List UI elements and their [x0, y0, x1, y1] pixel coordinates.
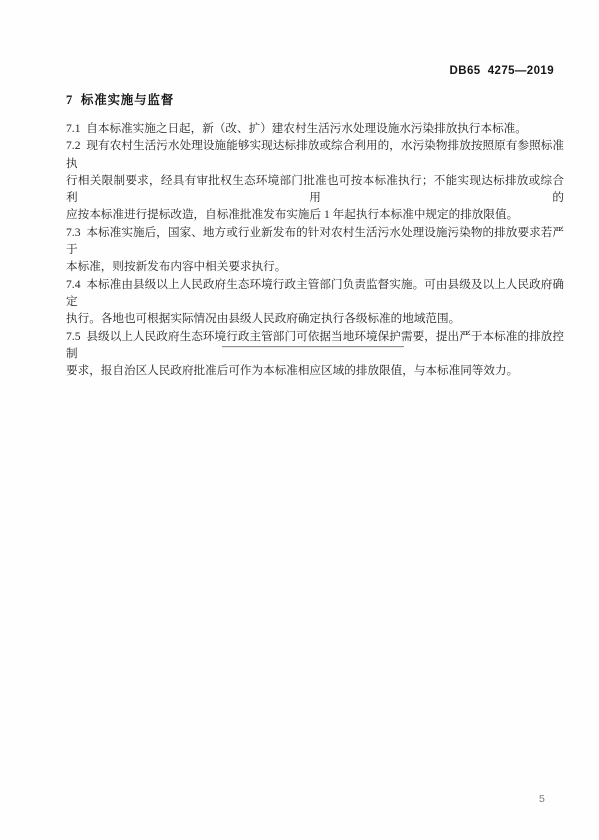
clauses-body: 7.1 自本标准实施之日起，新（改、扩）建农村生活污水处理设施水污染排放执行本标…: [66, 120, 564, 379]
clause-7-3-line-1: 7.3 本标准实施后，国家、地方或行业新发布的针对农村生活污水处理设施污染物的排…: [66, 224, 564, 259]
clause-7-4-line-1: 7.4 本标准由县级以上人民政府生态环境行政主管部门负责监督实施。可由县级及以上…: [66, 276, 564, 311]
section-heading: 7 标准实施与监督: [66, 90, 174, 108]
clause-7-5-line-2: 要求，报自治区人民政府批准后可作为本标准相应区域的排放限值，与本标准同等效力。: [66, 362, 564, 379]
section-divider-rule: [222, 346, 404, 347]
clause-7-2-line-2: 行相关限制要求，经具有审批权生态环境部门批准也可按本标准执行；不能实现达标排放或…: [66, 172, 564, 207]
document-page: DB65 4275—2019 7 标准实施与监督 7.1 自本标准实施之日起，新…: [0, 0, 599, 840]
document-number-header: DB65 4275—2019: [450, 65, 554, 77]
page-number: 5: [539, 793, 545, 805]
clause-7-2-line-3: 应按本标准进行提标改造，自标准批准发布实施后 1 年起执行本标准中规定的排放限值…: [66, 206, 564, 223]
clause-7-5-line-1: 7.5 县级以上人民政府生态环境行政主管部门可依据当地环境保护需要，提出严于本标…: [66, 328, 564, 363]
clause-7-1-line-1: 7.1 自本标准实施之日起，新（改、扩）建农村生活污水处理设施水污染排放执行本标…: [66, 120, 564, 137]
clause-7-4-line-2: 执行。各地也可根据实际情况由县级人民政府确定执行各级标准的地域范围。: [66, 310, 564, 327]
clause-7-3-line-2: 本标准，则按新发布内容中相关要求执行。: [66, 258, 564, 275]
clause-7-2-line-1: 7.2 现有农村生活污水处理设施能够实现达标排放或综合利用的，水污染物排放按照原…: [66, 137, 564, 172]
